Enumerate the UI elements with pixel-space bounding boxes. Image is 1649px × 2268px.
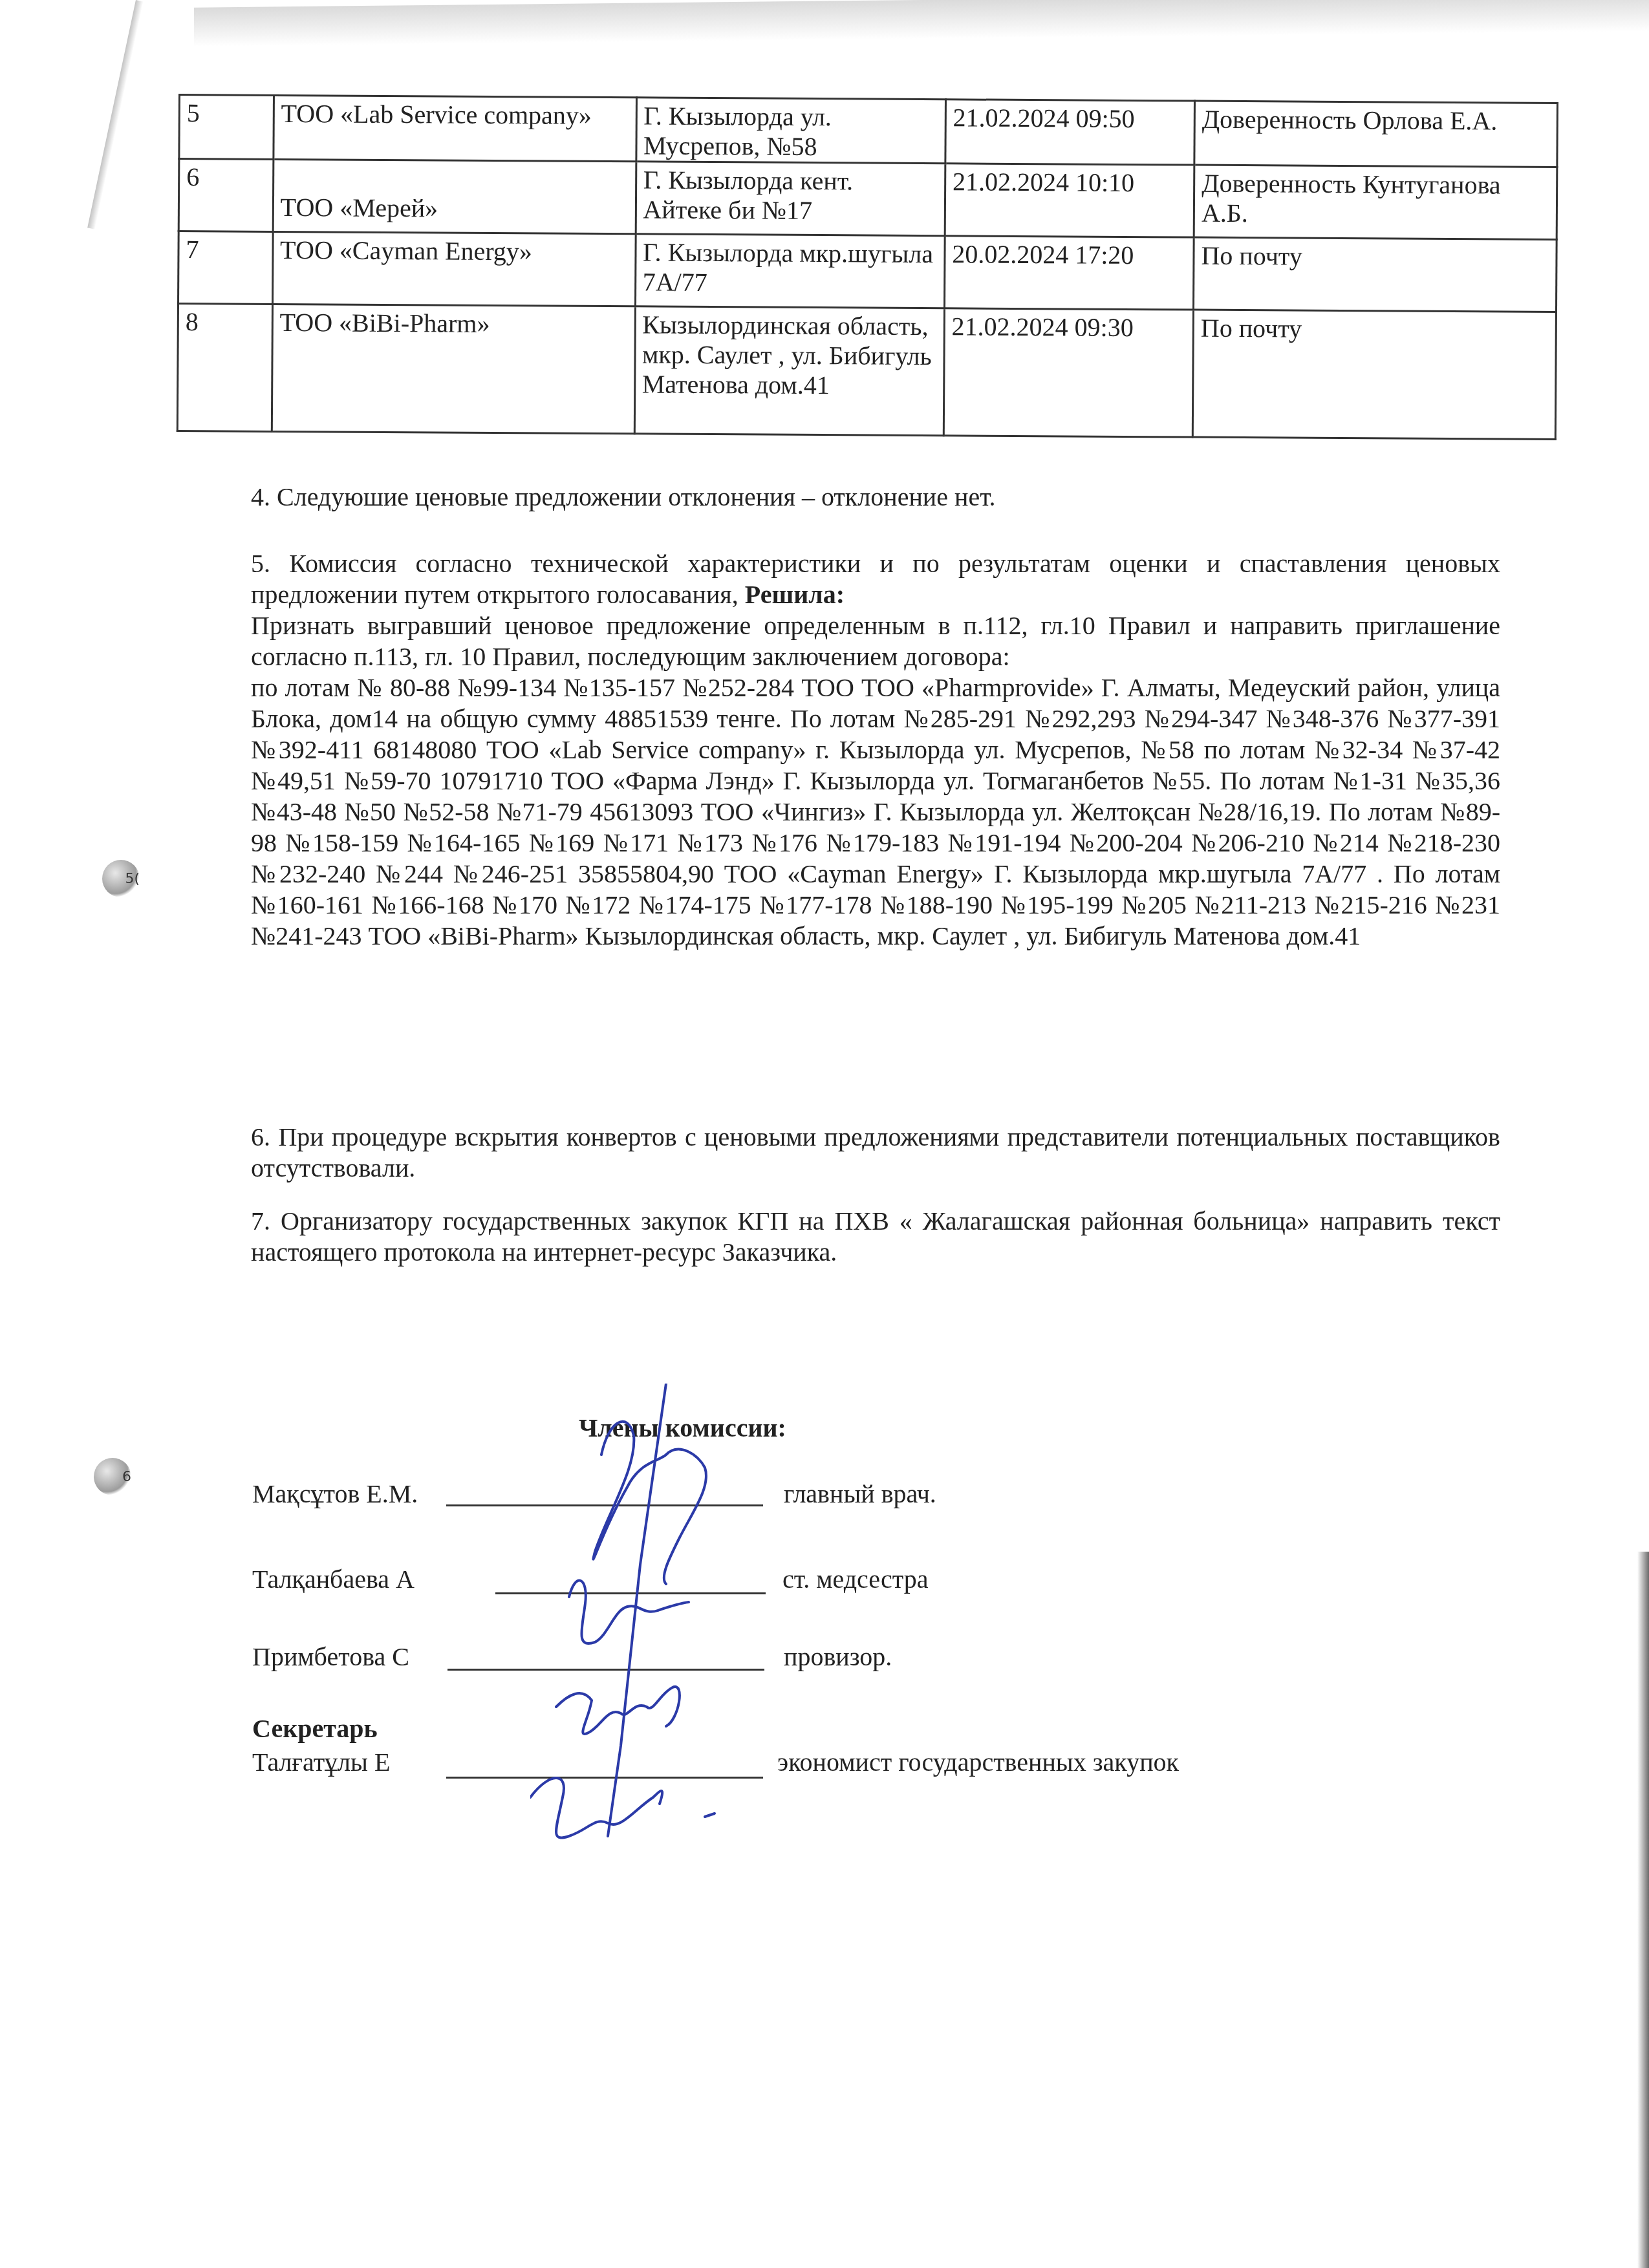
signature-row-secretary: Талғатұлы Е экономист государственных за…: [252, 1748, 446, 1777]
row-number: 5: [179, 95, 274, 160]
signature-line: [446, 1504, 763, 1506]
signature-line: [447, 1668, 764, 1671]
decision-recognize: Признать выгравший ценовое предложение о…: [251, 611, 1500, 671]
paragraph-6-attendance: 6. При процедуре вскрытия конвертов с це…: [251, 1122, 1500, 1184]
delivery-method: По почту: [1192, 310, 1556, 439]
delivery-method: По почту: [1194, 237, 1557, 312]
document-page: 5 ТОО «Lab Service company» Г. Кызылорда…: [0, 0, 1649, 2268]
delivery-method: Доверенность Орлова Е.А.: [1194, 101, 1558, 167]
table-row: 6 ТОО «Мерей» Г. Кызылорда кент. Айтеке …: [178, 159, 1557, 240]
decision-intro: 5. Комиссия согласно технической характе…: [251, 549, 1500, 609]
supplier-address: Г. Кызылорда ул. Мусрепов, №58: [636, 98, 945, 164]
secretary-role: экономист государственных закупок: [777, 1748, 1179, 1777]
member-name: Примбетова С: [252, 1642, 446, 1672]
signature-row-head-nurse: Талқанбаева А ст. медсестра: [252, 1565, 446, 1594]
submission-datetime: 20.02.2024 17:20: [944, 236, 1194, 310]
supplier-name: ТОО «Lab Service company»: [274, 95, 636, 161]
member-role: главный врач.: [784, 1479, 936, 1509]
supplier-name-cell: ТОО «Мерей»: [273, 159, 636, 233]
row-number: 6: [178, 159, 273, 232]
submission-datetime: 21.02.2024 09:30: [943, 308, 1193, 437]
signature-row-chief-doctor: Мақсұтов Е.М. главный врач.: [252, 1479, 446, 1509]
paragraph-4-deviations: 4. Следуюшие ценовые предложении отклоне…: [251, 482, 1500, 513]
submission-datetime: 21.02.2024 10:10: [945, 164, 1194, 237]
signature-line: [446, 1776, 763, 1779]
paragraph-7-publication: 7. Организатору государственных закупок …: [251, 1206, 1500, 1268]
supplier-name: ТОО «Cayman Energy»: [272, 231, 636, 306]
secretary-label: Секретарь: [252, 1713, 378, 1744]
supplier-name: ТОО «BiBi-Pharm»: [272, 304, 635, 433]
table-row: 7 ТОО «Cayman Energy» Г. Кызылорда мкр.ш…: [178, 231, 1557, 312]
supplier-address: Г. Кызылорда мкр.шугыла 7А/77: [635, 234, 945, 308]
member-name: Мақсұтов Е.М.: [252, 1479, 446, 1509]
supplier-address: Г. Кызылорда кент. Айтеке би №17: [636, 162, 945, 236]
table-row: 5 ТОО «Lab Service company» Г. Кызылорда…: [179, 95, 1558, 167]
signature-row-pharmacist: Примбетова С провизор.: [252, 1642, 446, 1672]
suppliers-table: 5 ТОО «Lab Service company» Г. Кызылорда…: [177, 94, 1558, 440]
row-number: 7: [178, 231, 273, 305]
handwritten-signatures-icon: [530, 1384, 802, 1849]
row-number: 8: [177, 304, 272, 432]
delivery-method: Доверенность Кунтуганова А.Б.: [1194, 165, 1557, 239]
stamp-mark: 5(: [102, 860, 140, 897]
decision-label: Решила:: [745, 580, 845, 609]
supplier-address: Кызылординская область, мкр. Саулет , ул…: [634, 306, 944, 436]
member-role: провизор.: [784, 1642, 892, 1672]
stamp-mark: 6: [94, 1458, 131, 1495]
commission-members-title: Члены комиссии:: [579, 1413, 786, 1443]
member-name: Талқанбаева А: [252, 1565, 446, 1594]
supplier-name: ТОО «Мерей»: [280, 163, 628, 224]
secretary-name: Талғатұлы Е: [252, 1748, 446, 1777]
submission-datetime: 21.02.2024 09:50: [945, 100, 1195, 165]
paragraph-5-decision: 5. Комиссия согласно технической характе…: [251, 548, 1500, 952]
signature-line: [495, 1592, 766, 1594]
decision-awards: по лотам № 80-88 №99-134 №135-157 №252-2…: [251, 673, 1500, 950]
table-row: 8 ТОО «BiBi-Pharm» Кызылординская област…: [177, 304, 1556, 440]
member-role: ст. медсестра: [782, 1565, 929, 1594]
